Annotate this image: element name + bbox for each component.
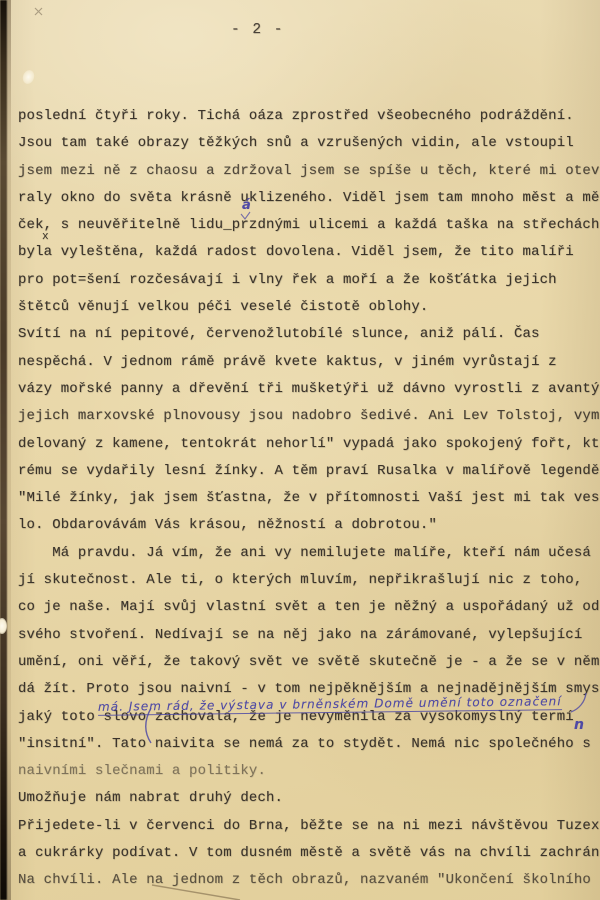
text-line: "Milé žínky, jak jsem šťastna, že v přít… <box>18 485 600 512</box>
text-line: Na chvíli. Ale na jednom z těch obrazů, … <box>18 867 600 894</box>
handwritten-letter-n: n <box>574 717 584 733</box>
text-line: "insitní". Tato naivita se nemá za to st… <box>18 731 600 758</box>
text-line: jejich marxovské plnovousy jsou nadobro … <box>18 403 600 430</box>
text-line: pro pot=šení rozčesávají i vlny řek a mo… <box>18 267 600 294</box>
text-line: jí skutečnost. Ale ti, o kterých mluvím,… <box>18 567 600 594</box>
text-line: byla vyleštěna, každá radost dovolena. V… <box>18 239 600 266</box>
paper-speck <box>21 69 36 86</box>
pencil-corner-mark <box>35 8 42 15</box>
text-line: naivními slečnami a politiky. <box>18 758 600 785</box>
text-line: Jsou tam také obrazy těžkých snů a vzruš… <box>18 130 600 157</box>
scanned-typewritten-page: - 2 - poslední čtyři roky. Tichá oáza zp… <box>0 0 600 900</box>
text-line: a cukrárky podívat. V tom dusném městě a… <box>18 840 600 867</box>
text-line: štětců věnují velkou péči veselé čistotě… <box>18 294 600 321</box>
handwritten-accent-insertion: á <box>242 198 251 213</box>
typewritten-text-block: poslední čtyři roky. Tichá oáza zprostře… <box>18 103 600 895</box>
text-line: jsem mezi ně z chaosu a zdržoval jsem se… <box>18 158 600 185</box>
text-line: nespěchá. V jednom rámě právě kvete kakt… <box>18 349 600 376</box>
scan-left-edge-gradient <box>7 0 11 900</box>
text-line: delovaný z kamene, tentokrát nehorlí" vy… <box>18 431 600 458</box>
typed-strike-x: x <box>42 231 49 243</box>
text-line: svého stvoření. Nedívají se na něj jako … <box>18 622 600 649</box>
text-line: poslední čtyři roky. Tichá oáza zprostře… <box>18 103 600 130</box>
text-line: lo. Obdarovávám Vás krásou, něžností a d… <box>18 512 600 539</box>
text-line: Umožňuje nám nabrat druhý dech. <box>18 785 600 812</box>
text-line: vázy mořské panny a dřevění tři mušketýř… <box>18 376 600 403</box>
text-line: co je naše. Mají svůj vlastní svět a ten… <box>18 594 600 621</box>
text-line: ček, s neuvěřitelně lidu_przdnými ulicem… <box>18 212 600 239</box>
scan-left-edge-shadow <box>0 0 7 900</box>
text-line: Svítí na ní pepitové, červenožlutobílé s… <box>18 321 600 348</box>
page-number: - 2 - <box>231 22 285 38</box>
text-line: Má pravdu. Já vím, že ani vy nemilujete … <box>18 540 600 567</box>
text-line: umění, oni věří, že takový svět ve světě… <box>18 649 600 676</box>
text-line: raly okno do světa krásně uklizeného. Vi… <box>18 185 600 212</box>
text-line: rému se vydařily lesní žínky. A těm prav… <box>18 458 600 485</box>
text-line: Přijedete-li v červenci do Brna, běžte s… <box>18 813 600 840</box>
